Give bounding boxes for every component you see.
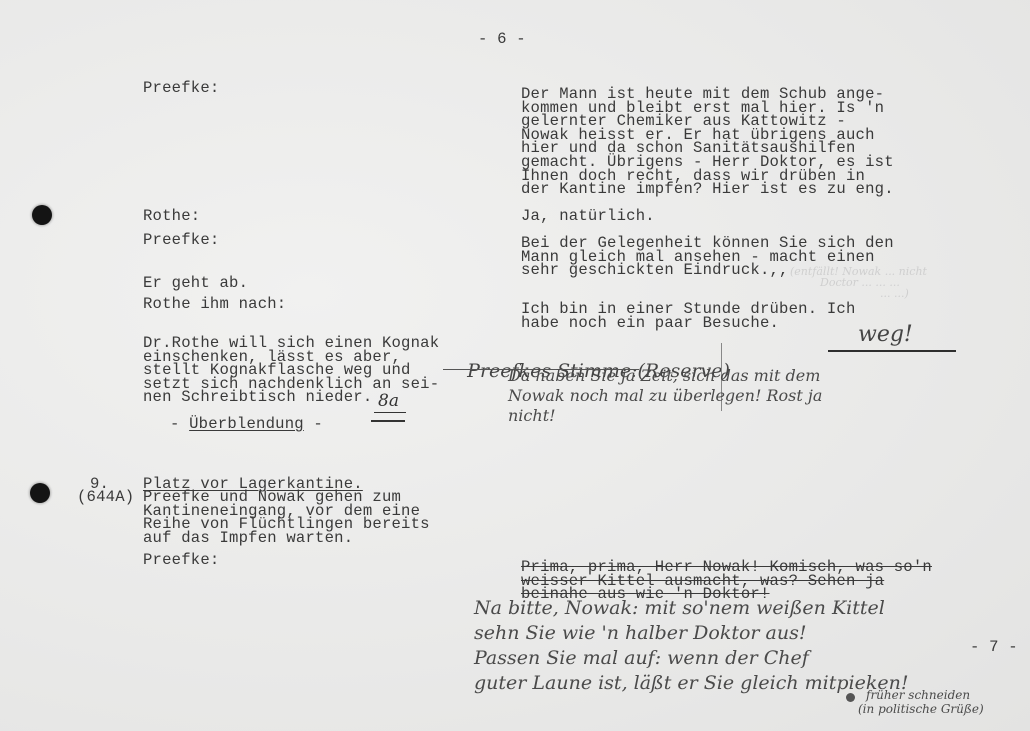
margin-note-bullet (846, 693, 855, 702)
faint-pencil-note: (entfällt! Nowak ... nicht Doctor ... ..… (790, 266, 927, 299)
voice-text-line: Da haben Sie ja Zeit, sich das mit dem (508, 366, 822, 386)
scene-mark-underline-2 (371, 420, 405, 422)
weg-underline (828, 350, 956, 352)
margin-note: früher schneiden (in politische Grüße) (866, 688, 992, 716)
next-page-number: - 7 - (970, 641, 1018, 655)
handwritten-voice-text: Da haben Sie ja Zeit, sich das mit dem N… (508, 366, 822, 426)
speaker-preefke-2: Preefke: (143, 234, 219, 248)
speaker-rothe-1: Rothe: (143, 210, 200, 224)
speaker-preefke-1: Preefke: (143, 82, 219, 96)
replacement-line: guter Laune ist, läßt er Sie gleich mitp… (474, 671, 908, 696)
voice-text-line: nicht! (508, 406, 822, 426)
replacement-line: sehn Sie wie 'n halber Doktor aus! (474, 621, 908, 646)
dialogue-line: habe noch ein paar Besuche. (521, 317, 856, 331)
faint-note-line: ... ...) (880, 288, 1017, 299)
margin-note-line: früher schneiden (866, 688, 992, 702)
voice-text-line: Nowak noch mal zu überlegen! Rost ja (508, 386, 822, 406)
dialogue-rothe-2: Ich bin in einer Stunde drüben. Ich habe… (521, 303, 856, 330)
typescript-page: - 6 - Preefke: Der Mann ist heute mit de… (0, 0, 1030, 731)
margin-note-line: (in politische Grüße) (858, 702, 984, 716)
scene-description: Preefke und Nowak gehen zum Kantineneing… (143, 491, 430, 545)
punch-hole-top (32, 205, 52, 225)
speaker-rothe-2: Rothe ihm nach: (143, 298, 286, 312)
punch-hole-bottom (30, 483, 50, 503)
handwritten-scene-mark: 8a (378, 391, 399, 411)
transition-label: Überblendung (189, 415, 304, 433)
replacement-line: Na bitte, Nowak: mit so'nem weißen Kitte… (474, 596, 908, 621)
scene-code: (644A) (77, 491, 134, 505)
dialogue-line: der Kantine impfen? Hier ist es zu eng. (521, 183, 894, 197)
scene-mark-underline (374, 412, 406, 413)
stage-direction-exit: Er geht ab. (143, 277, 248, 291)
page-number: - 6 - (478, 33, 526, 47)
handwritten-replacement: Na bitte, Nowak: mit so'nem weißen Kitte… (474, 596, 908, 696)
transition-prefix: - (170, 415, 189, 433)
transition-line: - Überblendung - (170, 418, 323, 432)
description-line: auf das Impfen warten. (143, 532, 430, 546)
transition-suffix: - (304, 415, 323, 433)
speaker-preefke-3: Preefke: (143, 554, 219, 568)
dialogue-rothe-1: Ja, natürlich. (521, 210, 655, 224)
replacement-line: Passen Sie mal auf: wenn der Chef (474, 646, 908, 671)
handwritten-weg: weg! (858, 322, 913, 347)
dialogue-preefke-1: Der Mann ist heute mit dem Schub ange- k… (521, 88, 894, 197)
